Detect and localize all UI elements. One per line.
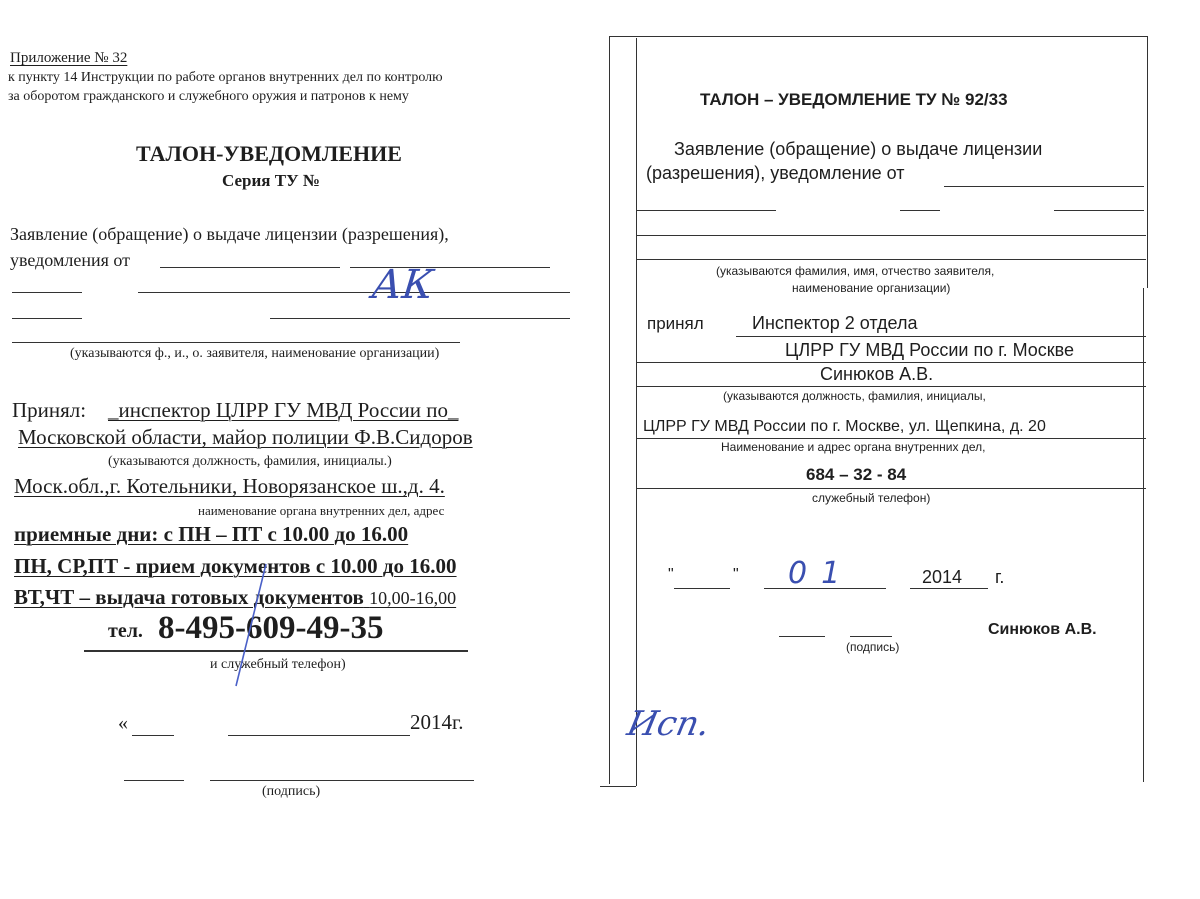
form-border-inner bbox=[636, 38, 637, 786]
address-caption: наименование органа внутренних дел, адре… bbox=[198, 503, 444, 519]
date-year: 2014г. bbox=[410, 710, 464, 735]
signature-field[interactable] bbox=[210, 780, 474, 781]
signature-field[interactable] bbox=[779, 636, 825, 637]
date-open-quote: « bbox=[118, 712, 128, 735]
appendix-note-line-2: за оборотом гражданского и служебного ор… bbox=[8, 89, 409, 105]
date-year-field[interactable] bbox=[910, 588, 988, 589]
accepted-line-1: Инспектор 2 отдела bbox=[752, 313, 917, 334]
form-border-top bbox=[609, 36, 1147, 37]
date-year-suffix: г. bbox=[995, 567, 1004, 588]
phone-label: тел. bbox=[108, 620, 143, 643]
form-border-right bbox=[1147, 36, 1148, 288]
date-quote-open: " bbox=[668, 566, 674, 584]
form-border-left bbox=[609, 36, 610, 784]
address-field-line bbox=[636, 438, 1146, 439]
statement-line-1: Заявление (обращение) о выдаче лицензии … bbox=[10, 224, 449, 245]
schedule-document-issue-hours: 10,00-16,00 bbox=[369, 588, 456, 608]
date-month-field[interactable] bbox=[764, 588, 886, 589]
accepted-line-2: ЦЛРР ГУ МВД России по г. Москве bbox=[785, 340, 1074, 361]
signature-caption: (подпись) bbox=[846, 640, 899, 654]
date-day-field[interactable] bbox=[132, 735, 174, 736]
pen-stroke-icon bbox=[230, 560, 270, 690]
accepted-line-1: _инспектор ЦЛРР ГУ МВД России по_ bbox=[108, 398, 458, 423]
address-caption: Наименование и адрес органа внутренних д… bbox=[721, 440, 985, 454]
applicant-caption-line-1: (указываются фамилия, имя, отчество заяв… bbox=[716, 264, 994, 278]
schedule-document-issue-label: ВТ,ЧТ – выдача готовых документов bbox=[14, 585, 364, 609]
applicant-field-line[interactable] bbox=[900, 210, 940, 211]
accepted-label: принял bbox=[647, 314, 704, 334]
date-year: 2014 bbox=[922, 567, 962, 588]
applicant-field-line[interactable] bbox=[138, 292, 570, 293]
date-field-line[interactable] bbox=[944, 186, 1144, 187]
address: ЦЛРР ГУ МВД России по г. Москве, ул. Щеп… bbox=[643, 418, 1046, 436]
accepted-caption: (указываются должность, фамилия, инициал… bbox=[723, 389, 986, 403]
phone-number: 8-495-609-49-35 bbox=[158, 610, 383, 647]
accepted-line-2: Московской области, майор полиции Ф.В.Си… bbox=[18, 425, 473, 450]
date-field-line[interactable] bbox=[160, 267, 340, 268]
phone-underline bbox=[84, 650, 468, 652]
applicant-field-line[interactable] bbox=[636, 210, 776, 211]
appendix-number: Приложение № 32 bbox=[10, 50, 127, 67]
statement-line-1: Заявление (обращение) о выдаче лицензии bbox=[674, 139, 1042, 160]
accepted-line-3: Синюков А.В. bbox=[820, 364, 933, 385]
form-title: ТАЛОН-УВЕДОМЛЕНИЕ bbox=[136, 141, 402, 167]
handwritten-initials: АК bbox=[370, 262, 436, 308]
accepted-field-line bbox=[636, 362, 1146, 363]
applicant-caption-line-2: наименование организации) bbox=[792, 281, 950, 295]
date-day-field[interactable] bbox=[674, 588, 730, 589]
applicant-field-line[interactable] bbox=[636, 259, 1146, 260]
phone-number: 684 – 32 - 84 bbox=[806, 465, 906, 485]
statement-line-2: уведомления от bbox=[10, 250, 130, 271]
applicant-field-line[interactable] bbox=[636, 235, 1146, 236]
accepted-label: Принял: bbox=[12, 398, 86, 423]
statement-line-2: (разрешения), уведомление от bbox=[646, 163, 905, 184]
handwritten-mark: Исп. bbox=[624, 704, 714, 744]
applicant-field-line[interactable] bbox=[270, 318, 570, 319]
accepted-caption: (указываются должность, фамилия, инициал… bbox=[108, 454, 392, 470]
form-border-bottom bbox=[600, 786, 636, 787]
date-month-handwritten: 01 bbox=[788, 556, 854, 591]
applicant-field-line[interactable] bbox=[12, 292, 82, 293]
date-quote-close: " bbox=[733, 566, 739, 584]
appendix-note-line-1: к пункту 14 Инструкции по работе органов… bbox=[8, 70, 443, 86]
phone-field-line bbox=[636, 488, 1146, 489]
signer-name: Синюков А.В. bbox=[988, 621, 1097, 639]
applicant-field-line[interactable] bbox=[12, 318, 82, 319]
applicant-field-line[interactable] bbox=[1054, 210, 1144, 211]
schedule-reception-days: приемные дни: с ПН – ПТ с 10.00 до 16.00 bbox=[14, 522, 408, 547]
signature-caption: (подпись) bbox=[262, 784, 320, 800]
phone-caption: служебный телефон) bbox=[812, 491, 930, 505]
signature-field[interactable] bbox=[850, 636, 892, 637]
form-series: Серия ТУ № bbox=[222, 171, 320, 191]
applicant-field-line[interactable] bbox=[12, 342, 460, 343]
applicant-caption: (указываются ф., и., о. заявителя, наиме… bbox=[70, 346, 439, 362]
accepted-field-line bbox=[636, 386, 1146, 387]
form-title: ТАЛОН – УВЕДОМЛЕНИЕ ТУ № 92/33 bbox=[700, 90, 1008, 110]
accepted-field-line bbox=[736, 336, 1146, 337]
date-month-field[interactable] bbox=[228, 735, 410, 736]
signature-field[interactable] bbox=[124, 780, 184, 781]
address: Моск.обл.,г. Котельники, Новорязанское ш… bbox=[14, 474, 445, 499]
